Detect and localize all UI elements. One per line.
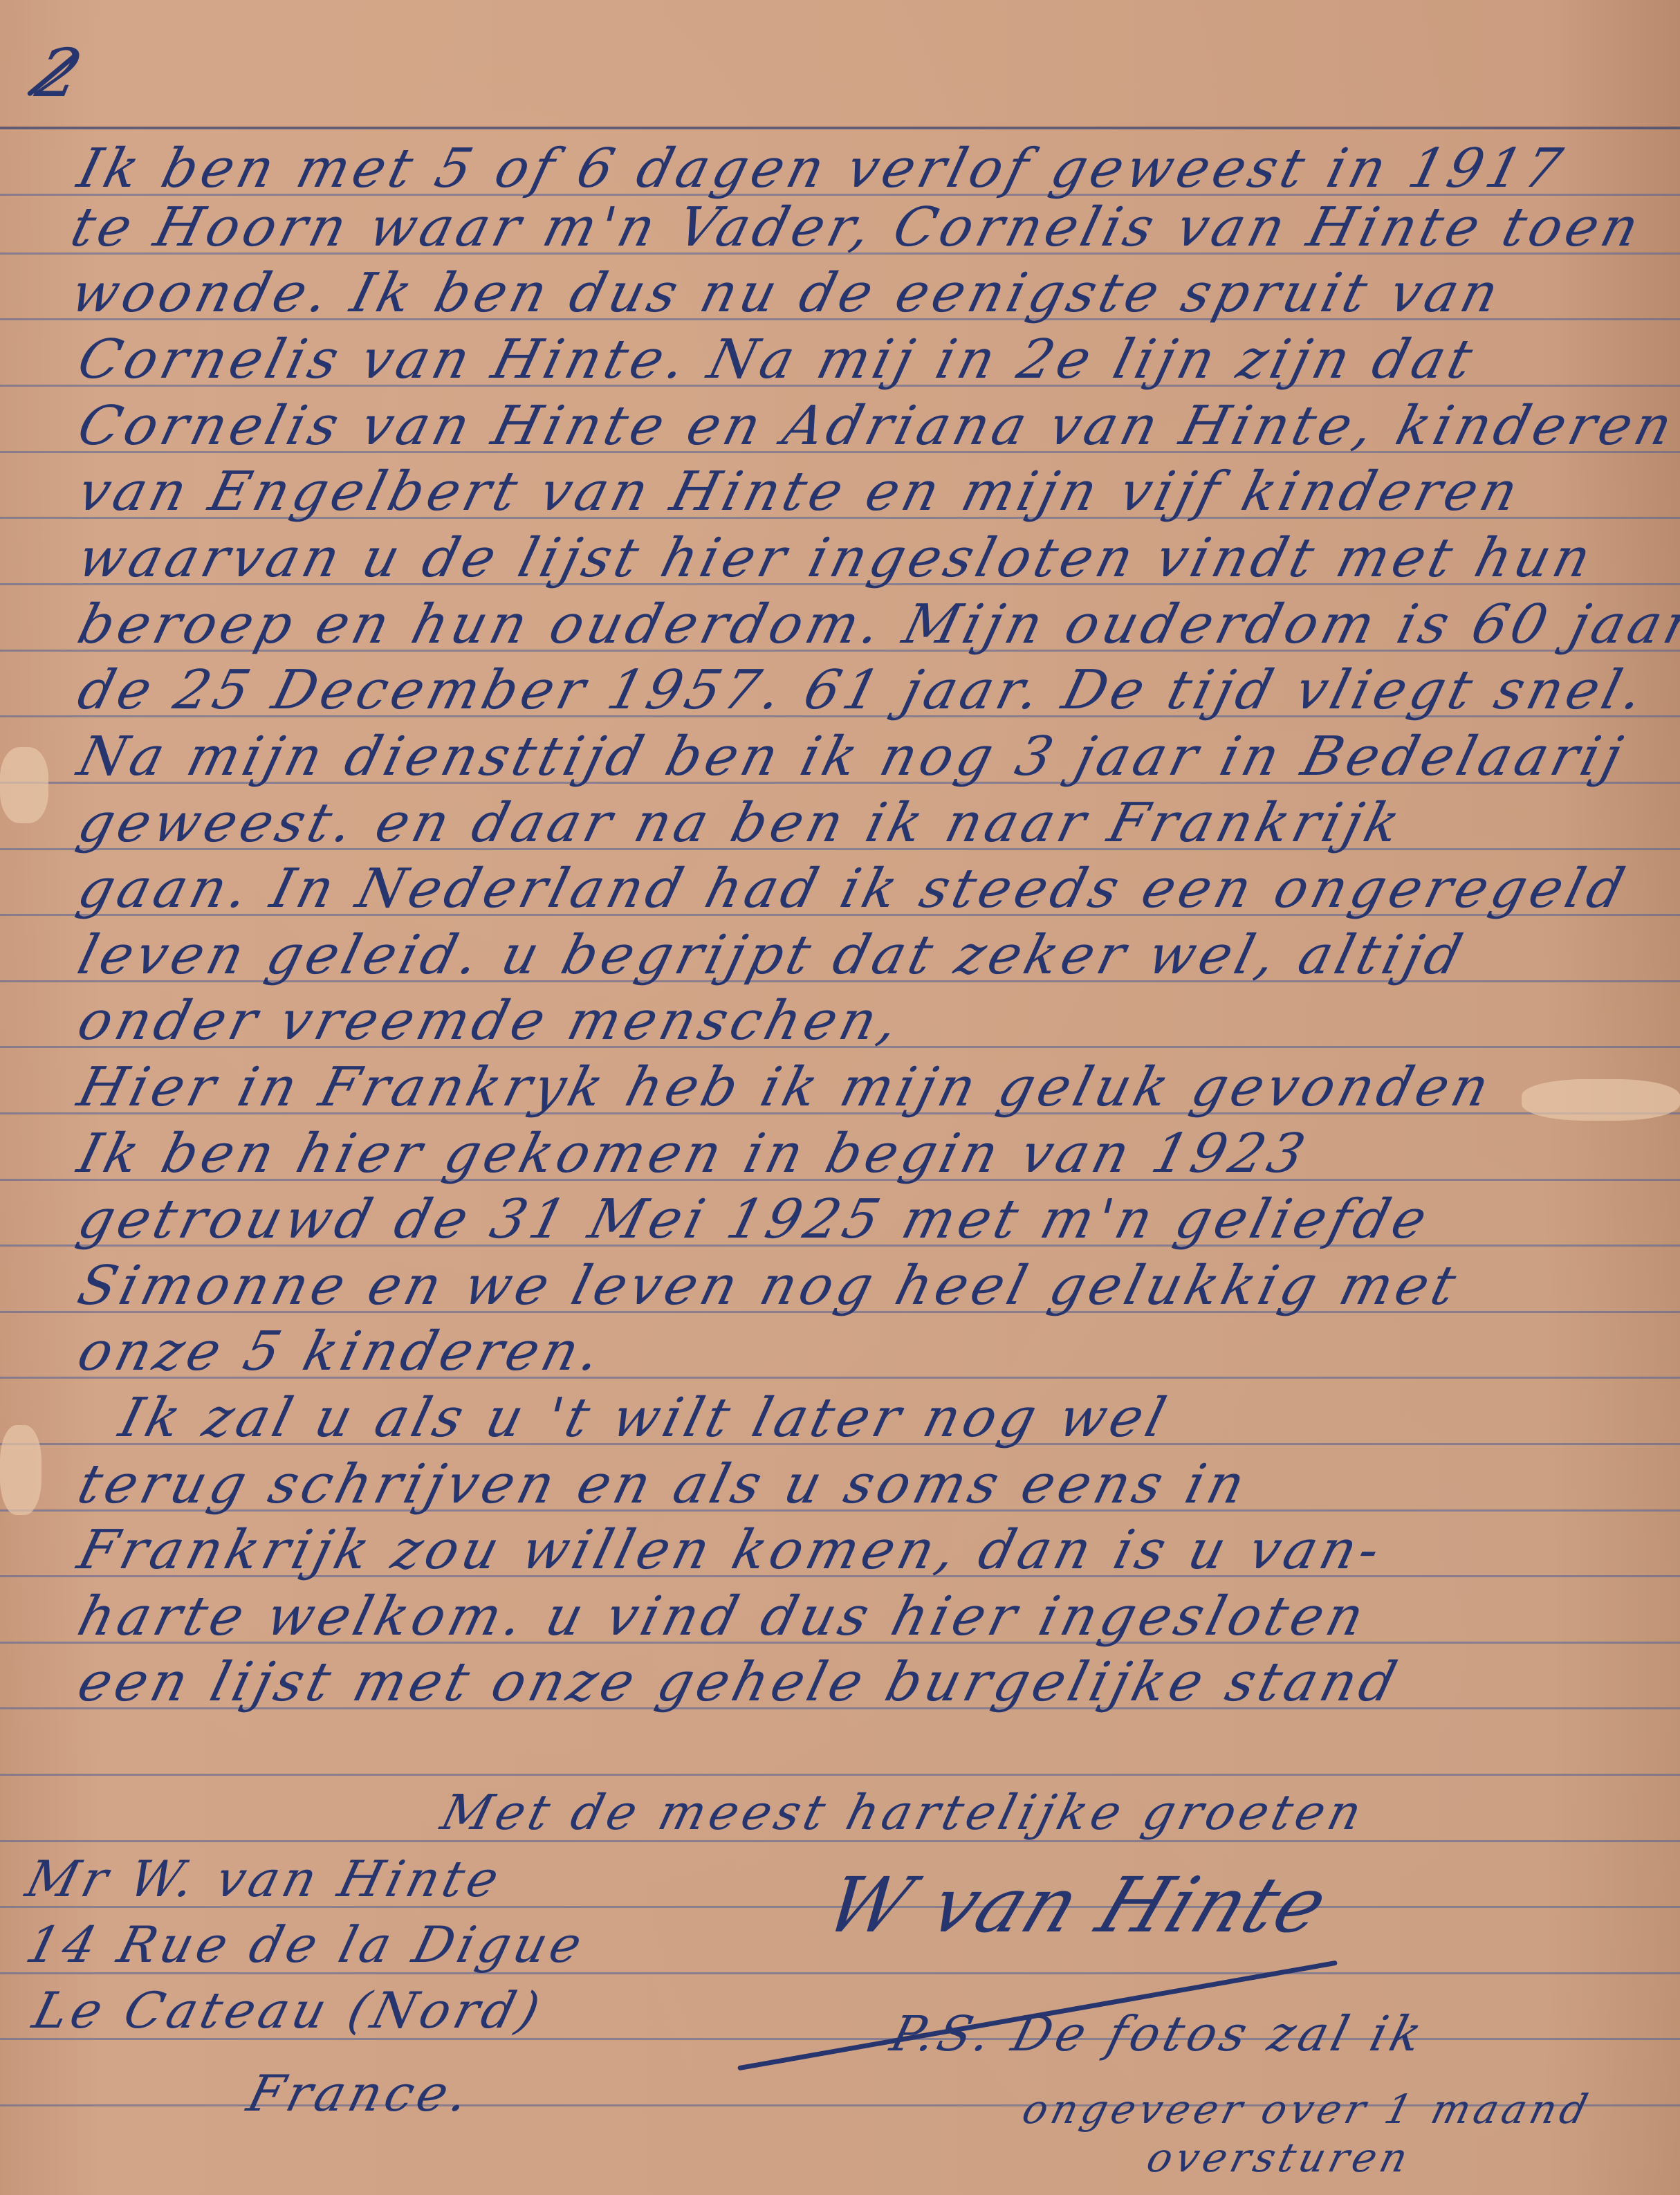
header-rule [0,127,1680,129]
body-line: Hier in Frankryk heb ik mijn geluk gevon… [73,1060,1498,1114]
closing-greeting: Met de meest hartelijke groeten [436,1788,1370,1837]
body-line: waarvan u de lijst hier ingesloten vindt… [73,531,1600,585]
body-line: beroep en hun ouderdom. Mijn ouderdom is… [73,598,1680,652]
body-line: de 25 December 1957. 61 jaar. De tijd vl… [73,663,1652,717]
body-line: te Hoorn waar m'n Vader, Cornelis van Hi… [66,201,1647,255]
body-line: Ik ben hier gekomen in begin van 1923 [73,1127,1313,1181]
body-line: Cornelis van Hinte. Na mij in 2e lijn zi… [73,333,1481,387]
paper-tear [1522,1079,1680,1121]
signature: W van Hinte [814,1861,1340,1949]
sender-country: France. [243,2068,477,2118]
page-number: 2 [30,35,89,112]
paper-tear [0,1425,41,1515]
body-line: harte welkom. u vind dus hier ingesloten [73,1590,1373,1644]
ruled-line [0,1774,1680,1776]
postscript-line: oversturen [1143,2138,1416,2178]
postscript-line: P.S. De fotos zal ik [886,2010,1430,2058]
paper-tear [0,747,48,823]
body-line: Cornelis van Hinte en Adriana van Hinte,… [73,399,1680,453]
body-line: geweest. en daar na ben ik naar Frankrij… [73,796,1409,850]
sender-name: Mr W. van Hinte [21,1854,508,1904]
body-line: leven geleid. u begrijpt dat zeker wel, … [73,928,1471,982]
letter-page: 2 Ik ben met 5 of 6 dagen verlof geweest… [0,0,1680,2195]
body-line: terug schrijven en als u soms eens in [73,1458,1254,1512]
body-line: Na mijn diensttijd ben ik nog 3 jaar in … [73,730,1631,784]
body-line: van Engelbert van Hinte en mijn vijf kin… [73,465,1526,519]
body-line: getrouwd de 31 Mei 1925 met m'n geliefde [73,1193,1436,1247]
body-line: Frankrijk zou willen komen, dan is u van… [73,1523,1389,1577]
postscript-line: ongeveer over 1 maand [1019,2089,1596,2129]
body-line: Ik zal u als u 't wilt later nog wel [114,1391,1174,1445]
body-line: woonde. Ik ben dus nu de eenigste spruit… [66,266,1507,320]
body-line: Simonne en we leven nog heel gelukkig me… [73,1259,1465,1313]
sender-city: Le Cateau (Nord) [28,1985,548,2035]
sender-street: 14 Rue de la Digue [21,1920,591,1969]
body-line: onze 5 kinderen. [73,1325,609,1379]
body-line: Ik ben met 5 of 6 dagen verlof geweest i… [73,142,1571,196]
body-line: een lijst met onze gehele burgelijke sta… [73,1655,1405,1709]
body-line: gaan. In Nederland had ik steeds een ong… [73,862,1633,916]
body-line: onder vreemde menschen, [73,994,907,1048]
